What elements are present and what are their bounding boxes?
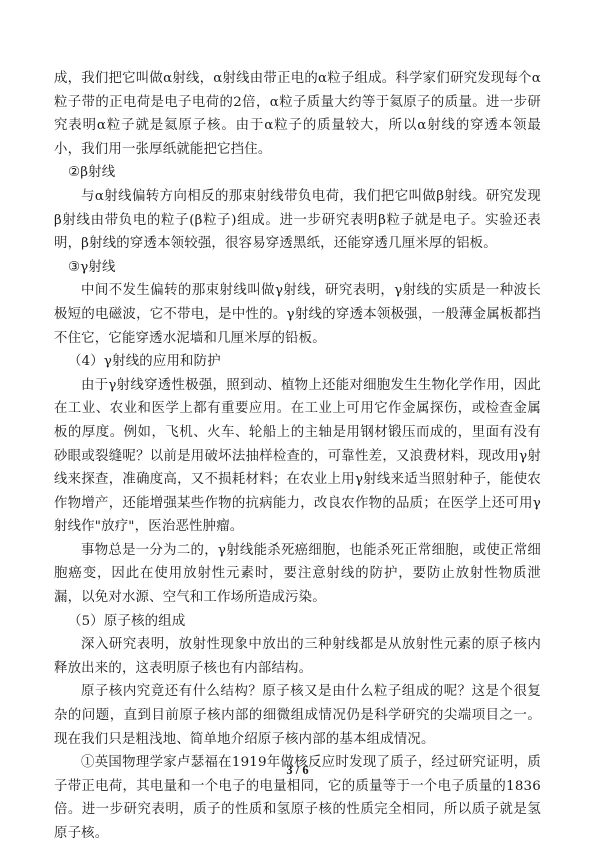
paragraph-nucleus-question: 原子核内究竟还有什么结构？原子核又是由什么粒子组成的呢？这是个很复杂的问题，直到… [54,680,541,751]
paragraph-gamma-protection: 事物总是一分为二的，γ射线能杀死癌细胞，也能杀死正常细胞，或使正常细胞癌变，因此… [54,539,541,610]
heading-gamma-applications: （4）γ射线的应用和防护 [54,350,541,374]
heading-beta-ray: ②β射线 [54,161,541,185]
heading-gamma-ray: ③γ射线 [54,256,541,280]
paragraph-gamma-ray: 中间不发生偏转的那束射线叫做γ射线，研究表明，γ射线的实质是一种波长极短的电磁波… [54,279,541,350]
heading-nucleus-composition: （5）原子核的组成 [54,610,541,634]
paragraph-nucleus-structure: 深入研究表明，放射性现象中放出的三种射线都是从放射性元素的原子核内释放出来的，这… [54,633,541,680]
paragraph-gamma-applications: 由于γ射线穿透性极强，照到动、植物上还能对细胞发生生物化学作用，因此在工业、农业… [54,374,541,539]
paragraph-alpha-ray-continued: 成，我们把它叫做α射线，α射线由带正电的α粒子组成。科学家们研究发现每个α粒子带… [54,67,541,161]
page-number: 3 / 6 [0,763,595,778]
paragraph-beta-ray: 与α射线偏转方向相反的那束射线带负电荷，我们把它叫做β射线。研究发现β射线由带负… [54,185,541,256]
document-page: 成，我们把它叫做α射线，α射线由带正电的α粒子组成。科学家们研究发现每个α粒子带… [54,67,541,841]
